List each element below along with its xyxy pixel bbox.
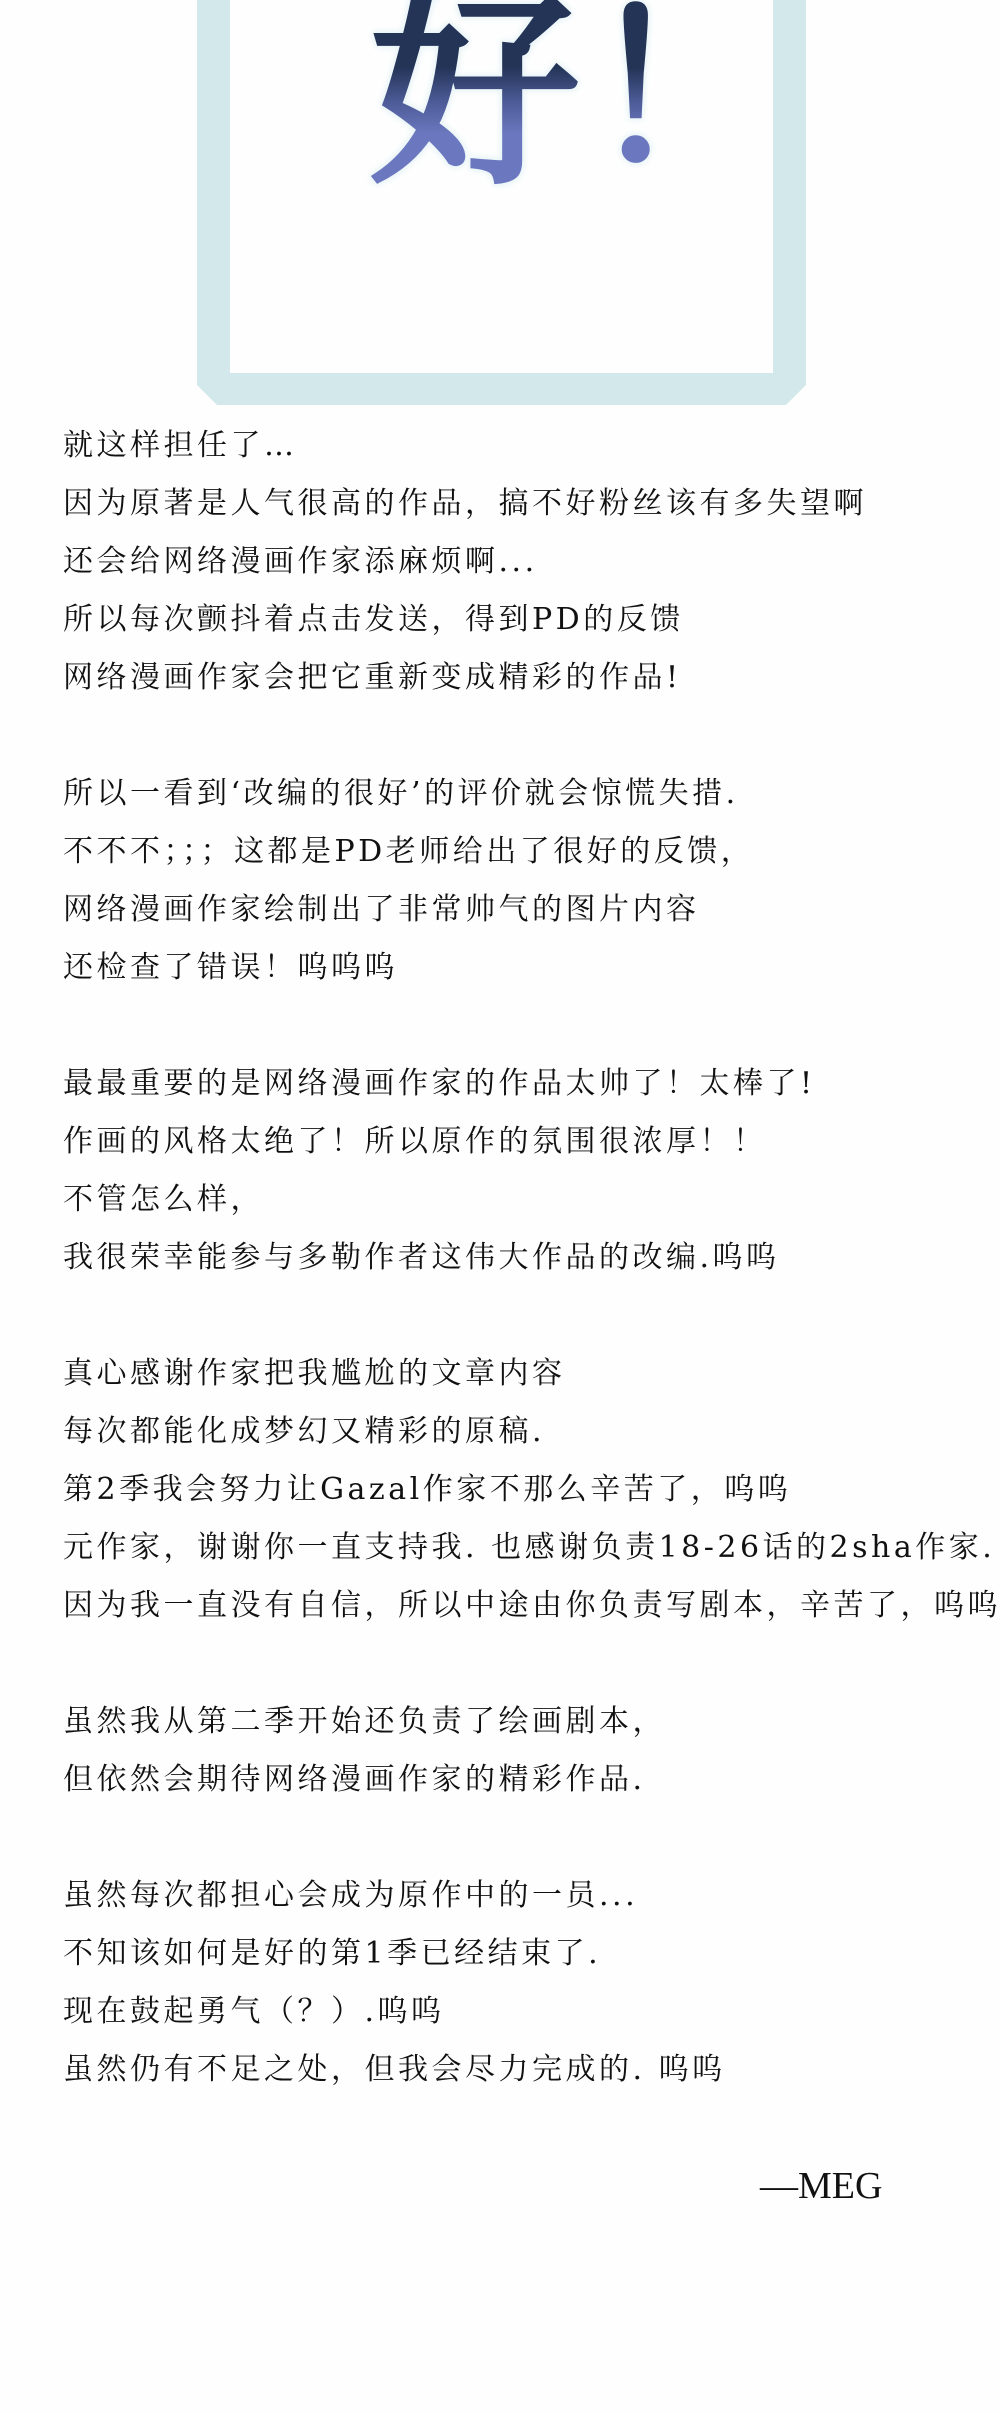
text-line: 还检查了错误！呜呜呜	[63, 939, 1000, 997]
text-line: 最最重要的是网络漫画作家的作品太帅了！太棒了!	[63, 1055, 1000, 1113]
text-line: 真心感谢作家把我尴尬的文章内容	[63, 1345, 1000, 1403]
text-line: 元作家，谢谢你一直支持我. 也感谢负责18-26话的2sha作家.	[63, 1519, 1000, 1577]
text-line: 每次都能化成梦幻又精彩的原稿.	[63, 1403, 1000, 1461]
text-line: 所以每次颤抖着点击发送，得到PD的反馈	[63, 591, 1000, 649]
text-line: 所以一看到‘改编的很好’的评价就会惊慌失措.	[63, 765, 1000, 823]
header-title: 好 ！	[370, 0, 786, 212]
text-line: 我很荣幸能参与多勒作者这伟大作品的改编.呜呜	[63, 1229, 1000, 1287]
paragraph-gap	[63, 1809, 1000, 1867]
paragraph-gap	[63, 707, 1000, 765]
text-line: 第2季我会努力让Gazal作家不那么辛苦了，呜呜	[63, 1461, 1000, 1519]
title-character: 好	[370, 0, 580, 197]
paragraph-gap	[63, 997, 1000, 1055]
text-line: 就这样担任了…	[63, 417, 1000, 475]
text-line: 虽然我从第二季开始还负责了绘画剧本，	[63, 1693, 1000, 1751]
text-line: 不管怎么样，	[63, 1171, 1000, 1229]
paragraph-gap	[63, 1635, 1000, 1693]
text-line: 现在鼓起勇气（？）.呜呜	[63, 1983, 1000, 2041]
text-line: 网络漫画作家绘制出了非常帅气的图片内容	[63, 881, 1000, 939]
title-exclamation: ！	[586, 0, 786, 192]
text-line: 不不不；；；这都是PD老师给出了很好的反馈，	[63, 823, 1000, 881]
text-line: 因为我一直没有自信，所以中途由你负责写剧本，辛苦了，呜呜	[63, 1577, 1000, 1635]
text-line: 因为原著是人气很高的作品，搞不好粉丝该有多失望啊	[63, 475, 1000, 533]
text-line: 不知该如何是好的第1季已经结束了.	[63, 1925, 1000, 1983]
afterword-text: 就这样担任了… 因为原著是人气很高的作品，搞不好粉丝该有多失望啊 还会给网络漫画…	[63, 417, 1000, 2099]
text-line: 作画的风格太绝了！所以原作的氛围很浓厚！！	[63, 1113, 1000, 1171]
text-line: 虽然仍有不足之处，但我会尽力完成的. 呜呜	[63, 2041, 1000, 2099]
paragraph-gap	[63, 1287, 1000, 1345]
text-line: 虽然每次都担心会成为原作中的一员...	[63, 1867, 1000, 1925]
text-line: 网络漫画作家会把它重新变成精彩的作品!	[63, 649, 1000, 707]
author-signature: —MEG	[760, 2163, 882, 2209]
text-line: 但依然会期待网络漫画作家的精彩作品.	[63, 1751, 1000, 1809]
text-line: 还会给网络漫画作家添麻烦啊...	[63, 533, 1000, 591]
